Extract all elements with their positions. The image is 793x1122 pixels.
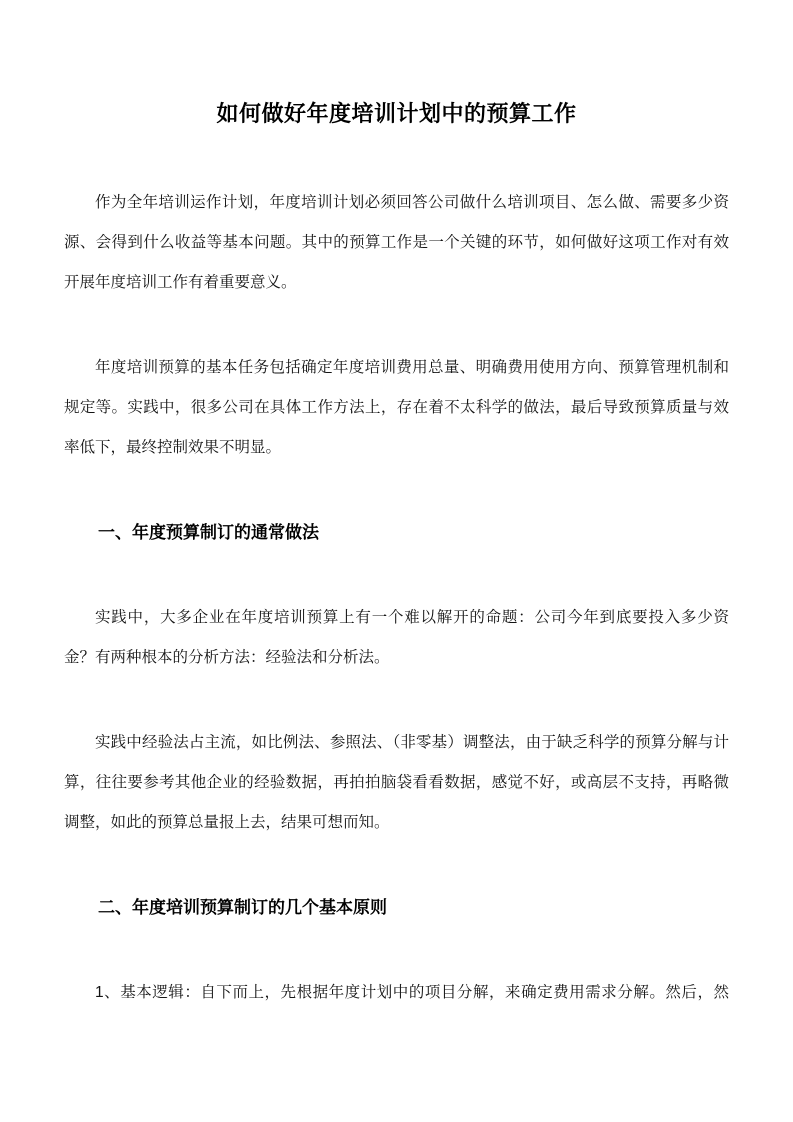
paragraph-experience-method: 实践中经验法占主流，如比例法、参照法、（非零基）调整法，由于缺乏科学的预算分解与…: [64, 723, 729, 843]
paragraph-methods: 实践中，大多企业在年度培训预算上有一个难以解开的命题：公司今年到底要投入多少资金…: [64, 598, 729, 678]
paragraph-basic-logic-truncated: 1、基本逻辑：自下而上，先根据年度计划中的项目分解，来确定费用需求分解。然后，然: [64, 973, 729, 1013]
document-content: 如何做好年度培训计划中的预算工作 作为全年培训运作计划，年度培训计划必须回答公司…: [0, 0, 793, 1013]
document-title: 如何做好年度培训计划中的预算工作: [64, 97, 729, 131]
document-page: 如何做好年度培训计划中的预算工作 作为全年培训运作计划，年度培训计划必须回答公司…: [0, 0, 793, 1122]
section-heading-2: 二、年度培训预算制订的几个基本原则: [64, 888, 729, 928]
paragraph-intro: 作为全年培训运作计划，年度培训计划必须回答公司做什么培训项目、怎么做、需要多少资…: [64, 183, 729, 303]
section-heading-1: 一、年度预算制订的通常做法: [64, 513, 729, 553]
paragraph-budget-tasks: 年度培训预算的基本任务包括确定年度培训费用总量、明确费用使用方向、预算管理机制和…: [64, 348, 729, 468]
